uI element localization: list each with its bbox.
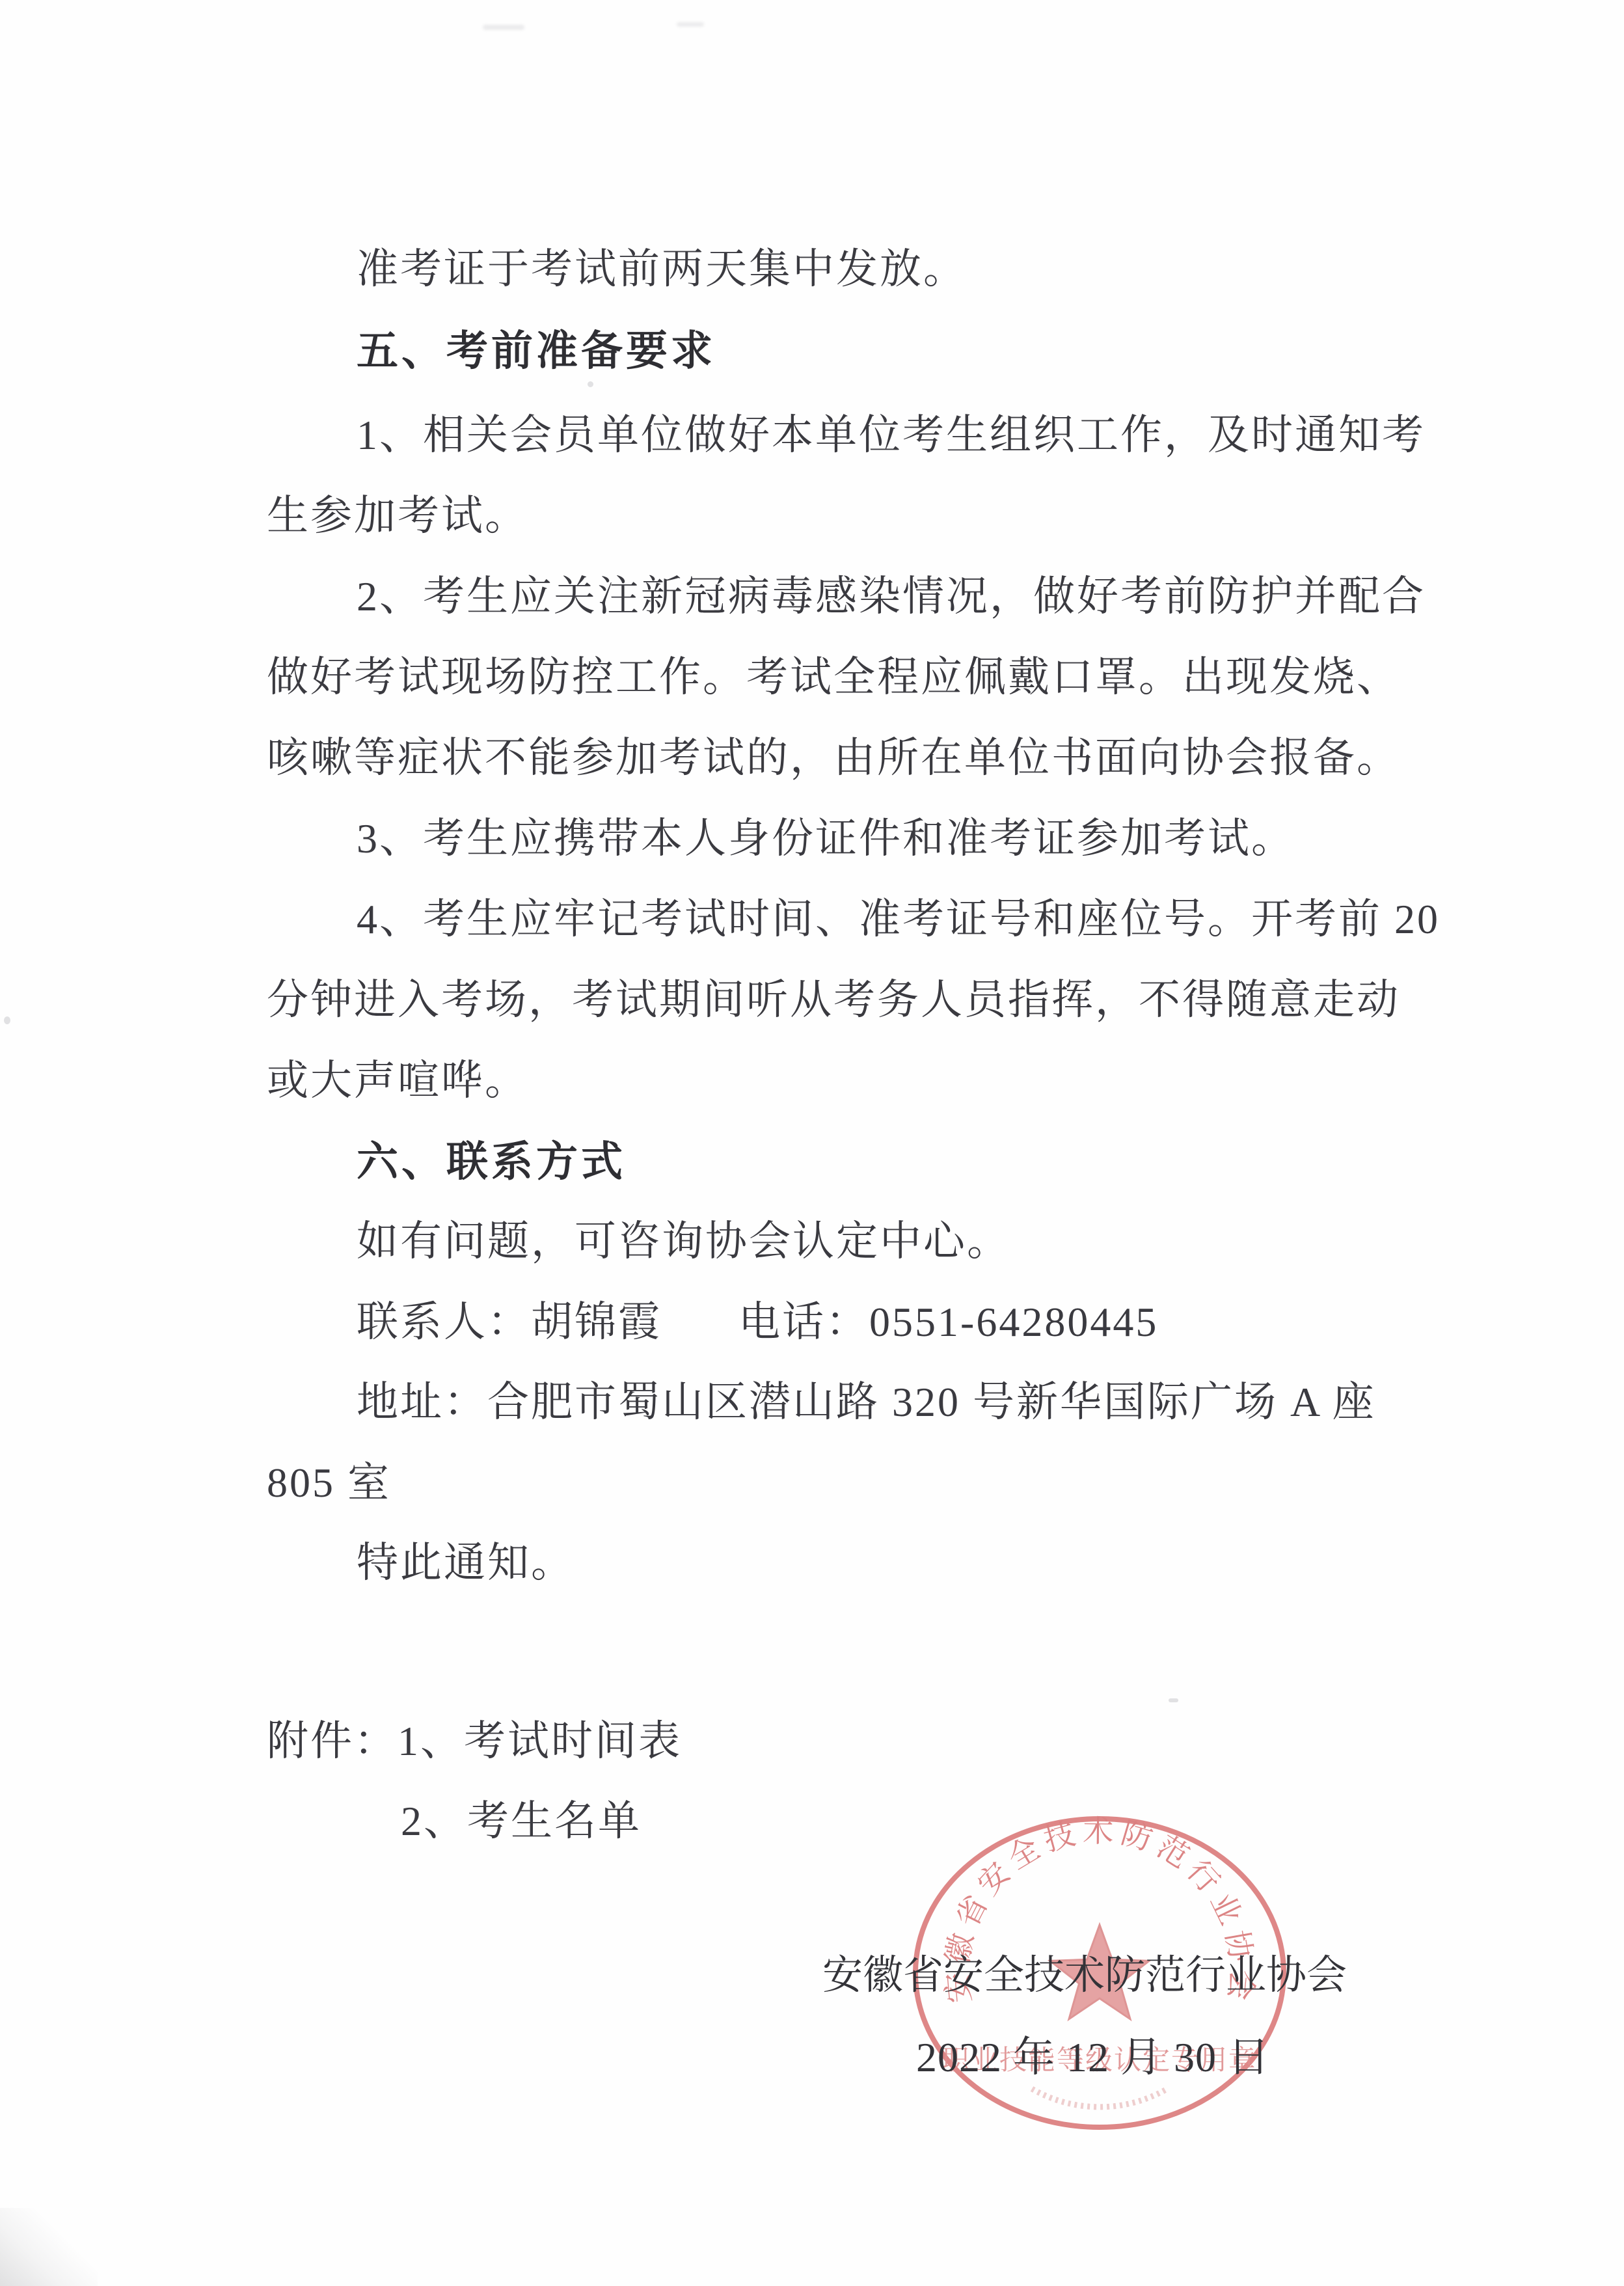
section5-heading: 五、考前准备要求 xyxy=(357,327,716,377)
scan-corner-shadow xyxy=(0,2208,98,2286)
s5-item3-line: 3、考生应携带本人身份证件和准考证参加考试。 xyxy=(357,815,1295,865)
contact-person-name: 胡锦霞 xyxy=(531,1299,662,1345)
attachment-2: 2、考生名单 xyxy=(401,1798,642,1844)
scan-smudge-top-1 xyxy=(483,25,524,30)
s5-item2-line3: 咳嗽等症状不能参加考试的，由所在单位书面向协会报备。 xyxy=(267,735,1400,784)
s5-item4-line3: 或大声喧哗。 xyxy=(267,1057,528,1107)
contact-person-line: 联系人：胡锦霞电话：0551-64280445 xyxy=(357,1299,1158,1348)
attachments-label: 附件： xyxy=(267,1718,398,1764)
seal-bottom-microtext xyxy=(1032,2089,1167,2107)
document-page: 安徽省安全技术防范行业协会 职业技能等级认定专用章 准考证于考试前两天集中发放。… xyxy=(0,0,1624,2286)
attachments-line1: 附件：1、考试时间表 xyxy=(267,1718,682,1767)
signature-org-line: 安徽省安全技术防范行业协会 xyxy=(822,1952,1347,2002)
s5-item2-line1: 2、考生应关注新冠病毒感染情况，做好考前防护并配合 xyxy=(357,573,1426,623)
scan-speck-3 xyxy=(1169,1698,1178,1702)
s5-item1-line2: 生参加考试。 xyxy=(267,493,528,542)
address-line1: 地址：合肥市蜀山区潜山路 320 号新华国际广场 A 座 xyxy=(357,1379,1376,1428)
s5-item2-line2: 做好考试现场防控工作。考试全程应佩戴口罩。出现发烧、 xyxy=(267,654,1400,703)
intro-line: 准考证于考试前两天集中发放。 xyxy=(357,246,967,295)
s5-item4-line1: 4、考生应牢记考试时间、准考证号和座位号。开考前 20 xyxy=(357,896,1440,946)
address-line2: 805 室 xyxy=(267,1460,391,1509)
contact-phone-number: 0551-64280445 xyxy=(869,1299,1158,1345)
contact-phone-label: 电话： xyxy=(738,1299,869,1345)
section6-heading: 六、联系方式 xyxy=(357,1138,626,1188)
closing-line: 特此通知。 xyxy=(357,1540,575,1589)
contact-intro-line: 如有问题，可咨询协会认定中心。 xyxy=(357,1218,1010,1268)
contact-person-label: 联系人： xyxy=(357,1299,531,1345)
attachment-1: 1、考试时间表 xyxy=(398,1718,682,1764)
scan-speck-1 xyxy=(588,381,593,387)
signature-date-line: 2022 年 12 月 30 日 xyxy=(916,2034,1270,2084)
s5-item4-line2: 分钟进入考场，考试期间听从考务人员指挥，不得随意走动 xyxy=(267,977,1400,1026)
s5-item1-line1: 1、相关会员单位做好本单位考生组织工作，及时通知考 xyxy=(357,412,1426,461)
scan-smudge-top-2 xyxy=(677,22,704,27)
scan-speck-2 xyxy=(4,1016,10,1024)
attachments-line2: 2、考生名单 xyxy=(401,1798,642,1847)
